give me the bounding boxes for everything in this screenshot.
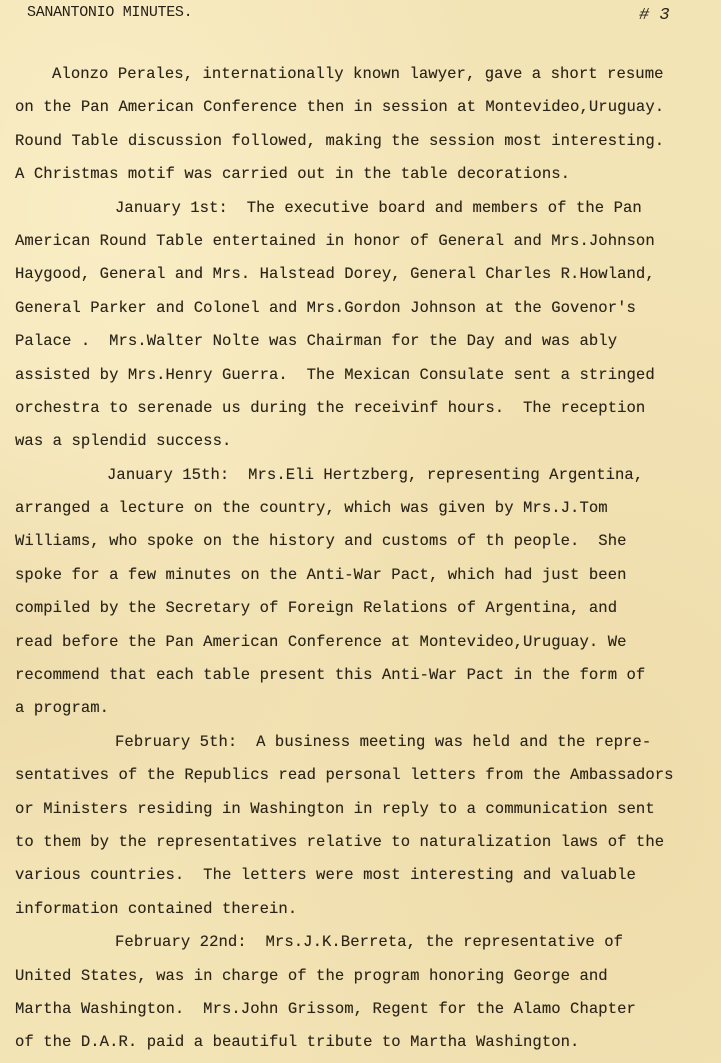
text-line: Williams, who spoke on the history and c… [15, 525, 721, 558]
text-line: January 1st: The executive board and mem… [15, 192, 721, 225]
text-line: read before the Pan American Conference … [15, 626, 721, 659]
paragraph-february-22nd: February 22nd: Mrs.J.K.Berreta, the repr… [15, 926, 721, 1060]
text-line: Haygood, General and Mrs. Halstead Dorey… [15, 258, 721, 291]
text-line: February 5th: A business meeting was hel… [15, 726, 721, 759]
text-line: recommend that each table present this A… [15, 659, 721, 692]
text-line: sentatives of the Republics read persona… [15, 759, 721, 792]
page-number: # 3 [639, 6, 670, 25]
text-line: A Christmas motif was carried out in the… [15, 158, 721, 191]
text-line: Martha Washington. Mrs.John Grissom, Reg… [15, 993, 721, 1026]
text-line: orchestra to serenade us during the rece… [15, 392, 721, 425]
page-header: SANANTONIO MINUTES. # 3 [27, 4, 721, 28]
typewritten-page: SANANTONIO MINUTES. # 3 Alonzo Perales, … [0, 0, 721, 1063]
text-line: spoke for a few minutes on the Anti-War … [15, 559, 721, 592]
paragraph-january-1st: January 1st: The executive board and mem… [15, 192, 721, 459]
text-line: compiled by the Secretary of Foreign Rel… [15, 592, 721, 625]
paragraph-january-15th: January 15th: Mrs.Eli Hertzberg, represe… [15, 459, 721, 726]
text-line: Palace . Mrs.Walter Nolte was Chairman f… [15, 325, 721, 358]
text-line: various countries. The letters were most… [15, 859, 721, 892]
text-line: on the Pan American Conference then in s… [15, 91, 721, 124]
text-line: General Parker and Colonel and Mrs.Gordo… [15, 292, 721, 325]
text-line: January 15th: Mrs.Eli Hertzberg, represe… [15, 459, 721, 492]
paragraph-february-5th: February 5th: A business meeting was hel… [15, 726, 721, 926]
text-line: was a splendid success. [15, 425, 721, 458]
text-line: February 22nd: Mrs.J.K.Berreta, the repr… [15, 926, 721, 959]
text-line: information contained therein. [15, 893, 721, 926]
text-line: American Round Table entertained in hono… [15, 225, 721, 258]
paragraph-perales: Alonzo Perales, internationally known la… [15, 58, 721, 192]
text-line: of the D.A.R. paid a beautiful tribute t… [15, 1026, 721, 1059]
text-line: United States, was in charge of the prog… [15, 960, 721, 993]
minutes-body: Alonzo Perales, internationally known la… [15, 58, 721, 1060]
text-line: arranged a lecture on the country, which… [15, 492, 721, 525]
text-line: or Ministers residing in Washington in r… [15, 793, 721, 826]
text-line: to them by the representatives relative … [15, 826, 721, 859]
text-line: assisted by Mrs.Henry Guerra. The Mexica… [15, 359, 721, 392]
text-line: Round Table discussion followed, making … [15, 125, 721, 158]
document-title: SANANTONIO MINUTES. [27, 4, 192, 21]
text-line: Alonzo Perales, internationally known la… [15, 58, 721, 91]
text-line: a program. [15, 692, 721, 725]
